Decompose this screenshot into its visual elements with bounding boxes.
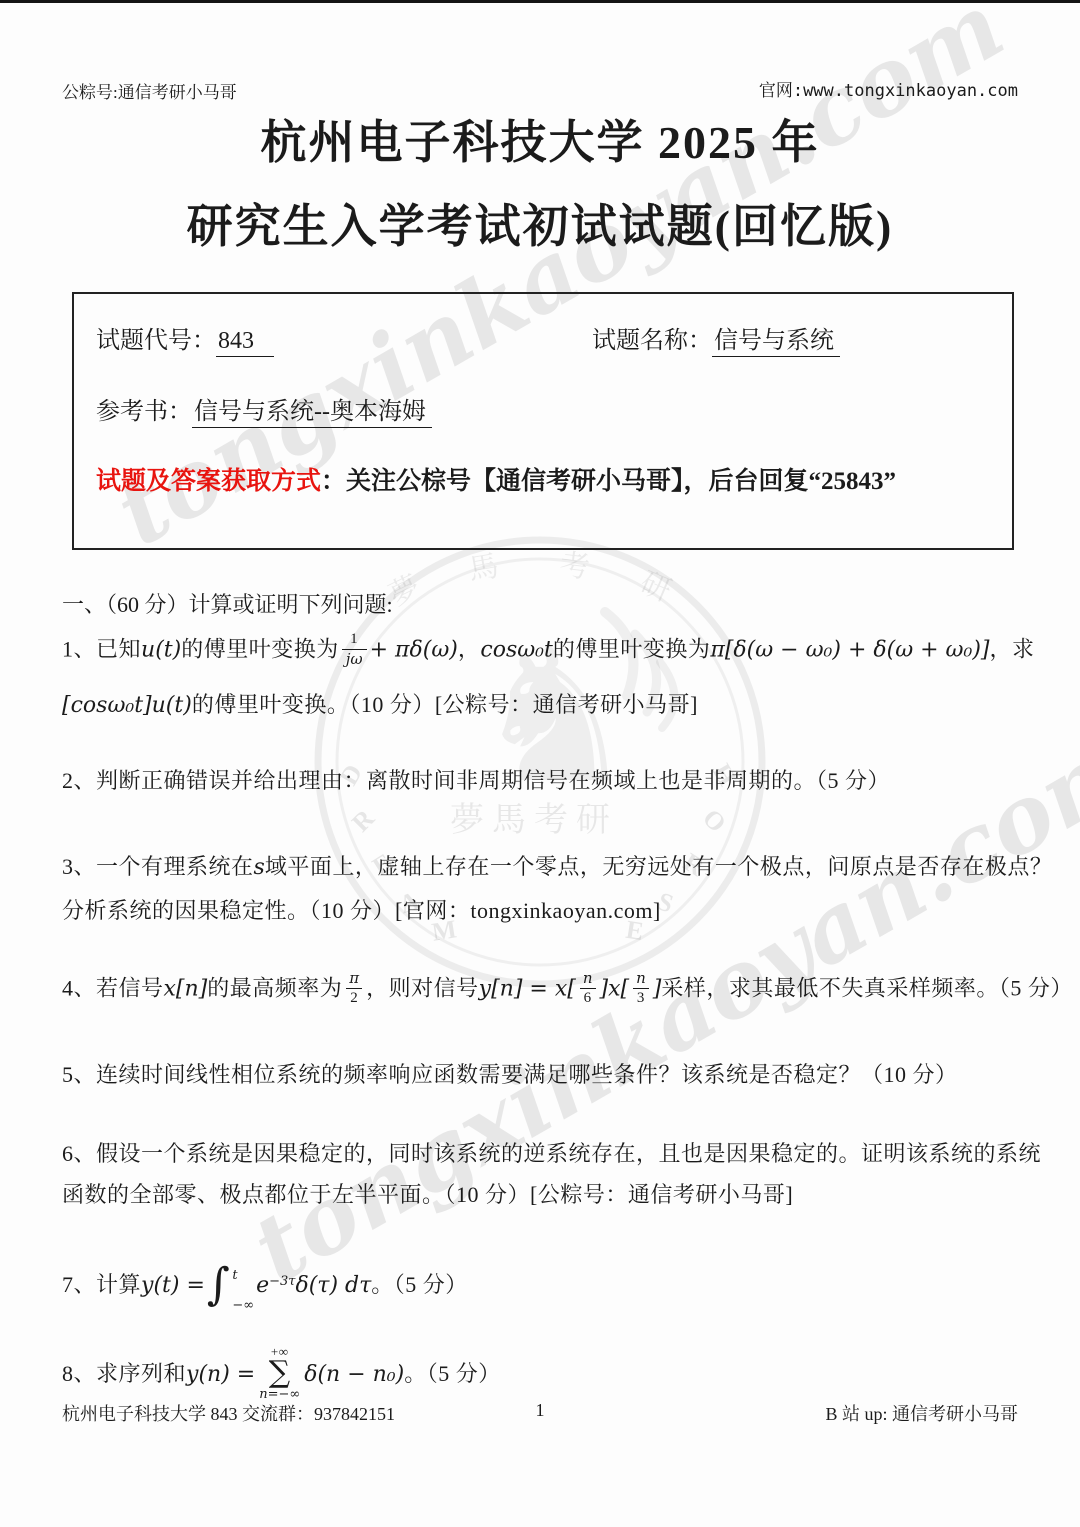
question-text: ， <box>458 637 481 662</box>
question-text: 函数的全部零、极点都位于左半平面。（10 分）[公粽号：通信考研小马哥] <box>62 1182 793 1207</box>
fraction-numerator: n <box>632 971 650 988</box>
question-text: 的傅里叶变换为 <box>553 637 711 662</box>
integral-symbol: ∫ <box>207 1263 230 1307</box>
fraction-numerator: 1 <box>346 632 362 649</box>
exam-name-label: 试题名称： <box>592 328 712 354</box>
header-left-note: 公粽号:通信考研小马哥 <box>62 78 237 103</box>
section-heading: 一、（60 分）计算或证明下列问题: <box>62 588 393 619</box>
question-text: ，则对信号 <box>366 976 479 1001</box>
math-expression: s <box>254 855 265 880</box>
exam-code-value: 843 <box>216 328 274 357</box>
fraction-denominator: jω <box>342 649 367 667</box>
page-title-line2: 研究生入学考试初试试题(回忆版) <box>0 190 1080 256</box>
question-3-line-1: 3、一个有理系统在s域平面上，虚轴上存在一个零点，无穷远处有一个极点，问原点是否… <box>62 852 1020 883</box>
math-expression: ]x[ <box>600 977 630 1002</box>
fraction-denominator: 6 <box>580 988 596 1006</box>
fraction-numerator: π <box>345 971 363 988</box>
question-text: ，求 <box>989 637 1034 662</box>
summation-symbol: ∑ <box>269 1358 291 1388</box>
question-text: 3、一个有理系统在 <box>62 854 254 879</box>
summation: +∞∑n=−∞ <box>259 1345 300 1401</box>
math-expression: π[δ(ω − ω₀) + δ(ω + ω₀)] <box>710 638 989 663</box>
exam-name-row: 试题名称：信号与系统 <box>592 320 840 355</box>
fraction: n3 <box>632 971 650 1006</box>
question-1-line-1: 1、已知u(t)的傅里叶变换为1jω+ πδ(ω)，cosω₀t的傅里叶变换为π… <box>62 634 1020 669</box>
question-number: 1、 <box>62 637 96 662</box>
fraction-denominator: 2 <box>346 988 362 1006</box>
reference-book-row: 参考书：信号与系统--奥本海姆 <box>96 391 432 426</box>
question-text: 。（5 分） <box>404 1361 501 1386</box>
fraction-numerator: n <box>579 971 597 988</box>
question-text: 5、连续时间线性相位系统的频率响应函数需要满足哪些条件？该系统是否稳定？（10 … <box>62 1062 958 1087</box>
question-1-line-2: [cosω₀t]u(t)的傅里叶变换。（10 分）[公粽号：通信考研小马哥] <box>62 690 1020 721</box>
exam-info-box: 试题代号：843 试题名称：信号与系统 参考书：信号与系统--奥本海姆 试题及答… <box>72 292 1014 550</box>
question-text: 2、判断正确错误并给出理由：离散时间非周期信号在频域上也是非周期的。（5 分） <box>62 768 890 793</box>
question-text: 分析系统的因果稳定性。（10 分）[官网：tongxinkaoyan.com] <box>62 898 661 923</box>
question-text: 8、求序列和 <box>62 1361 186 1386</box>
answer-access-colon: ： <box>321 468 346 495</box>
question-text: 6、假设一个系统是因果稳定的，同时该系统的逆系统存在，且也是因果稳定的。证明该系… <box>62 1141 1041 1166</box>
question-text: 的傅里叶变换为 <box>181 637 339 662</box>
exam-code-row: 试题代号：843 <box>96 320 274 355</box>
answer-access-label: 试题及答案获取方式 <box>96 468 321 495</box>
question-text: 域平面上，虚轴上存在一个零点，无穷远处有一个极点，问原点是否存在极点？ <box>265 854 1053 879</box>
math-expression: x[n] <box>164 977 208 1002</box>
question-7: 7、计算y(t) =∫t−∞e−3τδ(τ) dτ。（5 分） <box>62 1263 1020 1311</box>
math-expression: [cosω₀t]u(t) <box>62 693 192 718</box>
footer-bilibili-up: B 站 up: 通信考研小马哥 <box>825 1400 1018 1426</box>
math-exponent: −3τ <box>269 1274 295 1289</box>
math-expression: y(n) = <box>186 1362 255 1387</box>
question-8: 8、求序列和y(n) =+∞∑n=−∞δ(n − n₀)。（5 分） <box>62 1348 1020 1404</box>
reference-book-label: 参考书： <box>96 399 192 425</box>
math-expression: δ(n − n₀) <box>304 1362 404 1387</box>
question-6-line-1: 6、假设一个系统是因果稳定的，同时该系统的逆系统存在，且也是因果稳定的。证明该系… <box>62 1139 1020 1169</box>
question-text: 的最高频率为 <box>207 976 342 1001</box>
math-expression: cosω₀t <box>480 638 552 663</box>
math-expression: e <box>256 1273 269 1298</box>
header-right-note: 官网:www.tongxinkaoyan.com <box>759 76 1018 101</box>
fraction: π2 <box>345 971 363 1006</box>
watermark-brand-text: 夢馬考研 <box>450 792 618 841</box>
reference-book-value: 信号与系统--奥本海姆 <box>192 399 432 428</box>
question-text: 采样，求其最低不失真采样频率。（5 分） <box>661 976 1073 1001</box>
math-expression: y[n] = x[ <box>479 977 576 1002</box>
question-6-line-2: 函数的全部零、极点都位于左半平面。（10 分）[公粽号：通信考研小马哥] <box>62 1180 1020 1210</box>
exam-document-page: tongxinkaoyan.com tongxinkaoyan.com ♞ 夢馬… <box>0 0 1080 1527</box>
math-expression: y(t) = <box>141 1273 205 1298</box>
math-expression: u(t) <box>141 638 181 663</box>
question-text: 已知 <box>96 637 141 662</box>
integral-lower-limit: −∞ <box>232 1291 254 1321</box>
integral: ∫t−∞ <box>207 1261 254 1309</box>
exam-code-label: 试题代号： <box>96 328 216 354</box>
question-3-line-2: 分析系统的因果稳定性。（10 分）[官网：tongxinkaoyan.com] <box>62 896 1020 926</box>
question-5: 5、连续时间线性相位系统的频率响应函数需要满足哪些条件？该系统是否稳定？（10 … <box>62 1060 1020 1090</box>
question-4: 4、若信号x[n]的最高频率为π2，则对信号y[n] = x[n6]x[n3]采… <box>62 973 1020 1008</box>
question-2: 2、判断正确错误并给出理由：离散时间非周期信号在频域上也是非周期的。（5 分） <box>62 766 1020 796</box>
answer-access-text: 关注公棕号【通信考研小马哥】，后台回复“25843” <box>346 468 896 495</box>
screenshot-top-edge <box>0 0 1080 3</box>
question-text: 。（5 分） <box>371 1272 468 1297</box>
fraction-denominator: 3 <box>633 988 649 1006</box>
fraction: n6 <box>579 971 597 1006</box>
math-expression: + πδ(ω) <box>370 638 458 663</box>
integral-upper-limit: t <box>232 1261 254 1291</box>
page-title-line1: 杭州电子科技大学 2025 年 <box>0 106 1080 172</box>
math-expression: δ(τ) dτ <box>295 1273 371 1298</box>
question-text: 7、计算 <box>62 1272 141 1297</box>
exam-name-value: 信号与系统 <box>712 328 840 357</box>
question-text: 4、若信号 <box>62 976 164 1001</box>
fraction: 1jω <box>342 632 367 667</box>
answer-access-row: 试题及答案获取方式：关注公棕号【通信考研小马哥】，后台回复“25843” <box>96 461 896 497</box>
question-text: 的傅里叶变换。（10 分）[公粽号：通信考研小马哥] <box>192 692 698 717</box>
